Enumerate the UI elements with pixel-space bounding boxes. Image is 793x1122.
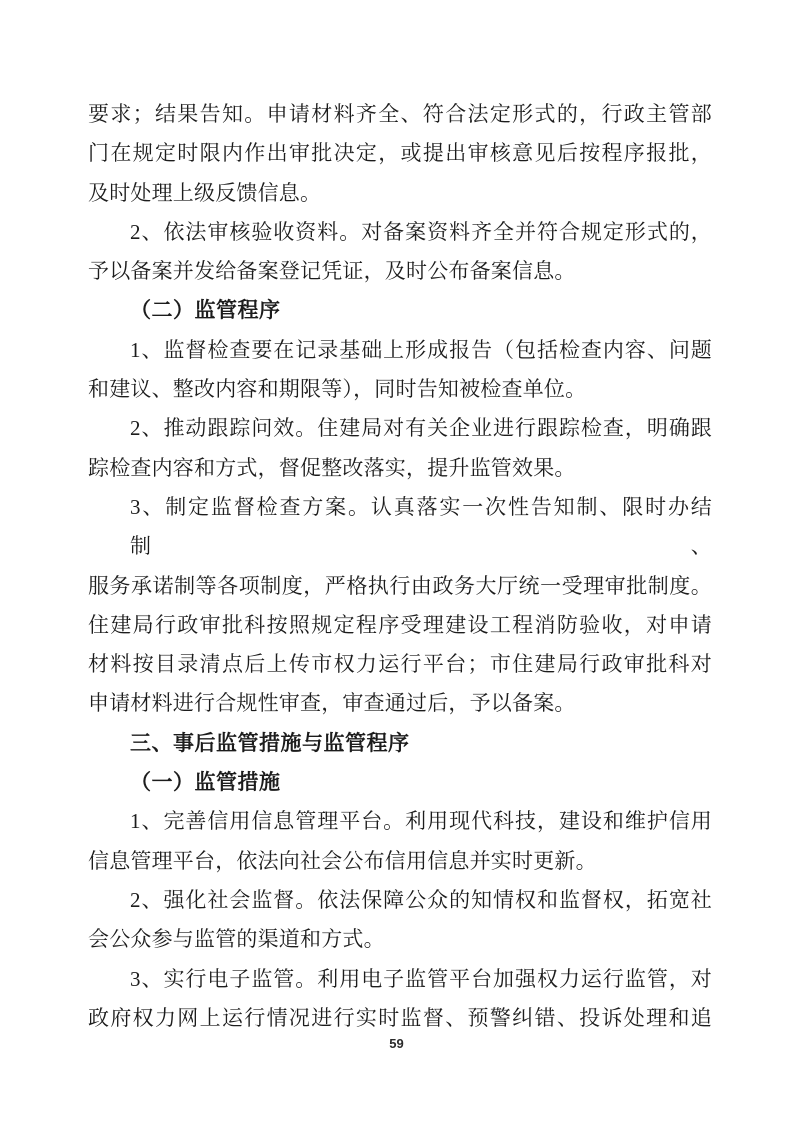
text-line: 服务承诺制等各项制度，严格执行由政务大厅统一受理审批制度。 <box>88 567 712 606</box>
paragraph: 3、制定监督检查方案。认真落实一次性告知制、限时办结制、服务承诺制等各项制度，严… <box>88 488 712 724</box>
text-line: 1、监督检查要在记录基础上形成报告（包括检查内容、问题 <box>88 331 712 370</box>
section-heading: （二）监管程序 <box>88 291 712 330</box>
text-line: 踪检查内容和方式，督促整改落实，提升监管效果。 <box>88 449 712 488</box>
text-line: 政府权力网上运行情况进行实时监督、预警纠错、投诉处理和追 <box>88 999 712 1038</box>
text-line: 予以备案并发给备案登记凭证，及时公布备案信息。 <box>88 252 712 291</box>
text-line: 2、推动跟踪问效。住建局对有关企业进行跟踪检查，明确跟 <box>88 409 712 448</box>
text-line: 住建局行政审批科按照规定程序受理建设工程消防验收，对申请 <box>88 606 712 645</box>
text-line: 3、实行电子监管。利用电子监管平台加强权力运行监管，对 <box>88 960 712 999</box>
text-line: 2、强化社会监督。依法保障公众的知情权和监督权，拓宽社 <box>88 881 712 920</box>
paragraph: 要求；结果告知。申请材料齐全、符合法定形式的，行政主管部门在规定时限内作出审批决… <box>88 95 712 213</box>
text-line: 2、依法审核验收资料。对备案资料齐全并符合规定形式的， <box>88 213 712 252</box>
text-line: 材料按目录清点后上传市权力运行平台；市住建局行政审批科对 <box>88 645 712 684</box>
text-line: 会公众参与监管的渠道和方式。 <box>88 920 712 959</box>
text-line: （一）监管措施 <box>88 763 712 802</box>
document-page: 要求；结果告知。申请材料齐全、符合法定形式的，行政主管部门在规定时限内作出审批决… <box>0 0 793 1122</box>
page-number: 59 <box>0 1036 793 1051</box>
text-line: （二）监管程序 <box>88 291 712 330</box>
text-line: 信息管理平台，依法向社会公布信用信息并实时更新。 <box>88 842 712 881</box>
paragraph: 2、强化社会监督。依法保障公众的知情权和监督权，拓宽社会公众参与监管的渠道和方式… <box>88 881 712 960</box>
section-heading: 三、事后监管措施与监管程序 <box>88 724 712 763</box>
text-line: 及时处理上级反馈信息。 <box>88 174 712 213</box>
paragraph: 3、实行电子监管。利用电子监管平台加强权力运行监管，对政府权力网上运行情况进行实… <box>88 960 712 1039</box>
text-line: 和建议、整改内容和期限等），同时告知被检查单位。 <box>88 370 712 409</box>
section-heading: （一）监管措施 <box>88 763 712 802</box>
text-line: 要求；结果告知。申请材料齐全、符合法定形式的，行政主管部 <box>88 95 712 134</box>
paragraph: 1、监督检查要在记录基础上形成报告（包括检查内容、问题和建议、整改内容和期限等）… <box>88 331 712 410</box>
document-body: 要求；结果告知。申请材料齐全、符合法定形式的，行政主管部门在规定时限内作出审批决… <box>88 95 712 1038</box>
paragraph: 2、依法审核验收资料。对备案资料齐全并符合规定形式的，予以备案并发给备案登记凭证… <box>88 213 712 292</box>
text-line: 门在规定时限内作出审批决定，或提出审核意见后按程序报批， <box>88 134 712 173</box>
paragraph: 1、完善信用信息管理平台。利用现代科技，建设和维护信用信息管理平台，依法向社会公… <box>88 802 712 881</box>
text-line: 3、制定监督检查方案。认真落实一次性告知制、限时办结制、 <box>88 488 712 567</box>
text-line: 1、完善信用信息管理平台。利用现代科技，建设和维护信用 <box>88 802 712 841</box>
text-line: 申请材料进行合规性审查，审查通过后，予以备案。 <box>88 684 712 723</box>
paragraph: 2、推动跟踪问效。住建局对有关企业进行跟踪检查，明确跟踪检查内容和方式，督促整改… <box>88 409 712 488</box>
text-line: 三、事后监管措施与监管程序 <box>88 724 712 763</box>
